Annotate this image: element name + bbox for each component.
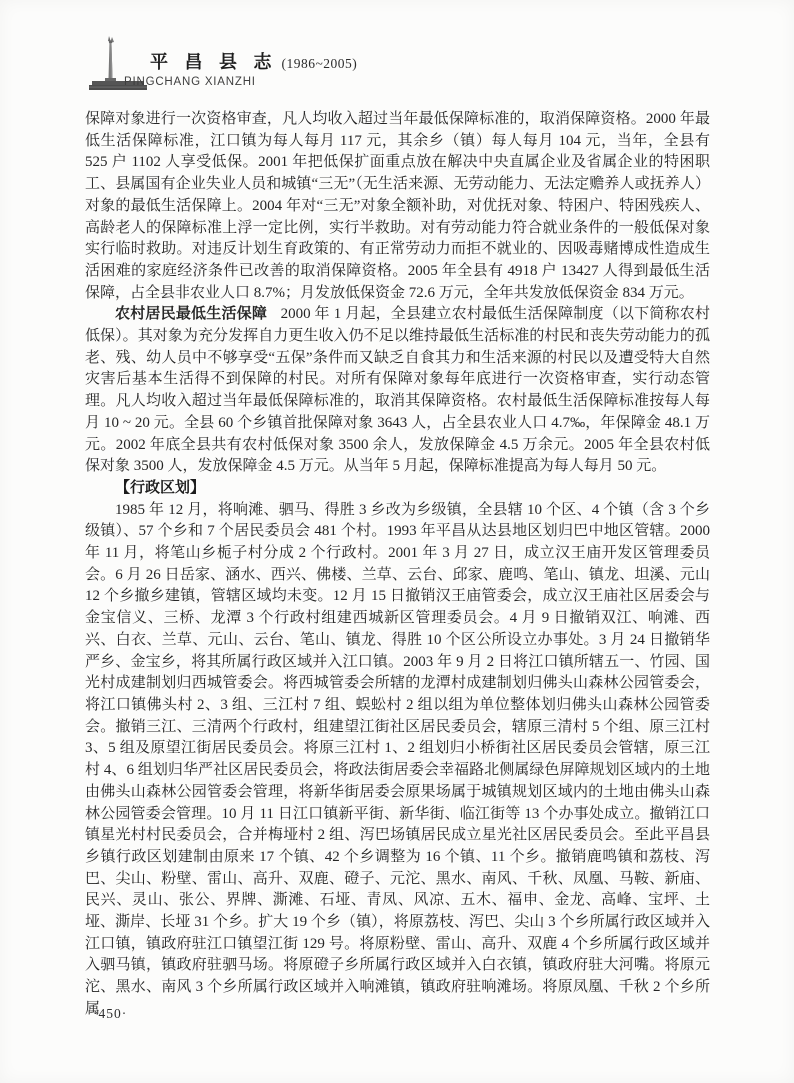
page-body-text: 保障对象进行一次资格审查，凡人均收入超过当年最低保障标准的，取消保障资格。200…	[85, 109, 710, 1021]
book-header: 平 昌 县 志 (1986~2005) PINGCHANG XIANZHI	[88, 34, 508, 96]
paragraph-urban-minimum-living-allowance: 保障对象进行一次资格审查，凡人均收入超过当年最低保障标准的，取消保障资格。200…	[85, 109, 710, 304]
paragraph-rural-minimum-living-allowance: 农村居民最低生活保障2000 年 1 月起，全县建立农村最低生活保障制度（以下简…	[85, 304, 710, 478]
book-title-line: 平 昌 县 志 (1986~2005)	[150, 48, 357, 74]
paragraph-rural-dibao-text: 2000 年 1 月起，全县建立农村最低生活保障制度（以下简称农村低保）。其对象…	[85, 306, 710, 474]
paragraph-administrative-divisions: 1985 年 12 月，将响滩、驷马、得胜 3 乡改为乡级镇，全县辖 10 个区…	[85, 500, 710, 1021]
runin-heading-rural-dibao: 农村居民最低生活保障	[115, 306, 267, 322]
book-title-chinese: 平 昌 县 志	[150, 52, 278, 72]
book-title-years: (1986~2005)	[282, 56, 358, 71]
page-number: ·450·	[93, 1006, 127, 1022]
book-title-pinyin: PINGCHANG XIANZHI	[124, 76, 256, 88]
scanned-book-page: 平 昌 县 志 (1986~2005) PINGCHANG XIANZHI 保障…	[0, 0, 794, 1083]
section-heading-administrative-divisions: 【行政区划】	[85, 478, 710, 500]
